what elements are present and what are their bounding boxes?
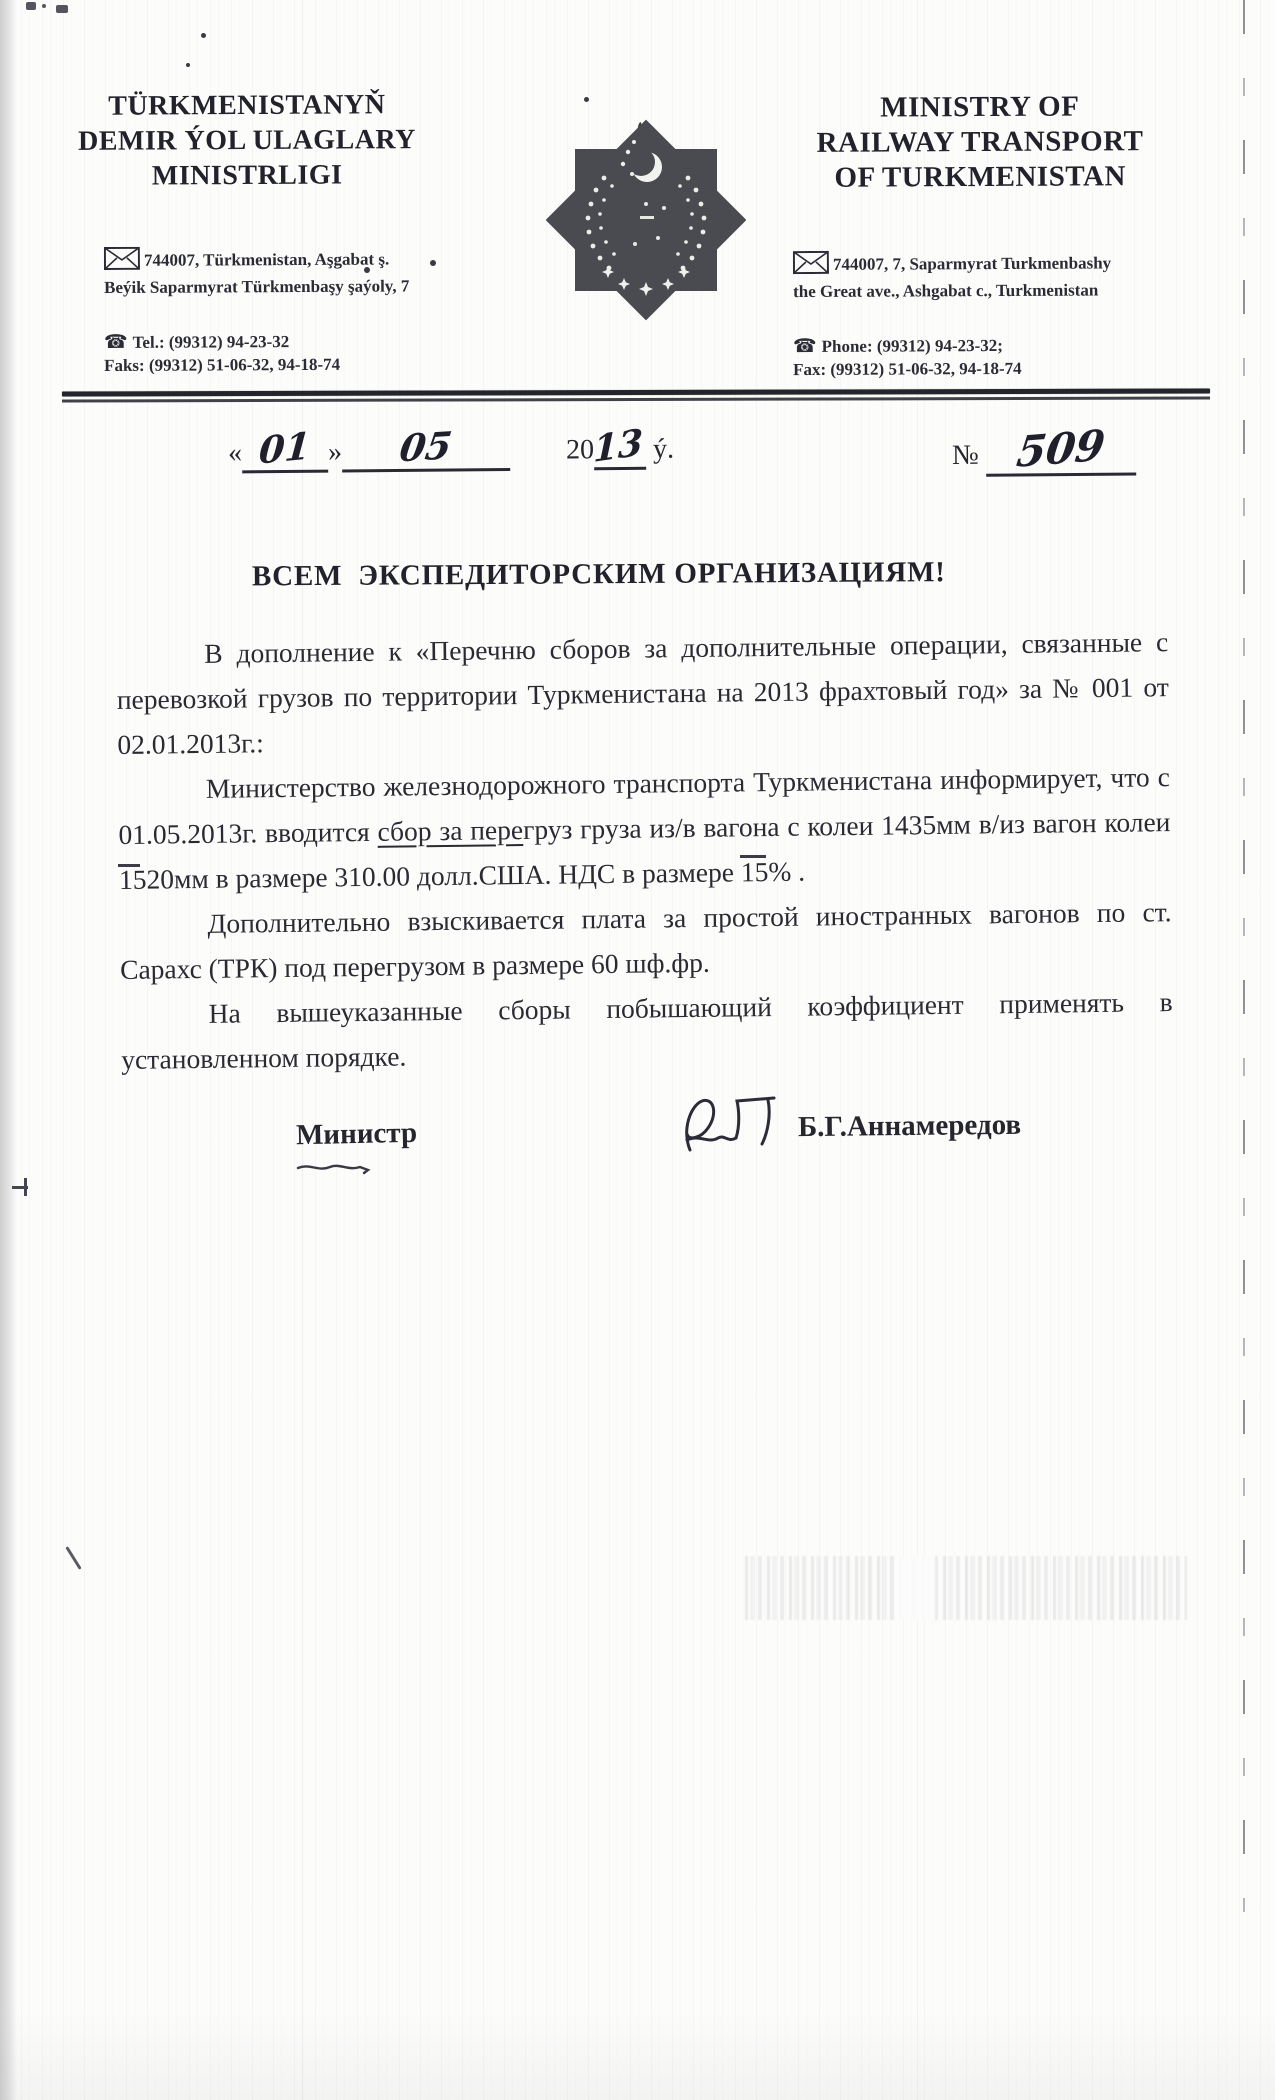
date-day-field: 01: [242, 426, 328, 474]
org-title-line: TÜRKMENISTANYŇ: [78, 87, 416, 124]
number-label: №: [952, 440, 979, 471]
phone-icon: ☎: [793, 335, 817, 357]
page-edge-line: [1243, 0, 1245, 1912]
number-line: № 509: [952, 423, 1192, 477]
tel-line: Faks: (99312) 51-06-32, 94-18-74: [104, 352, 494, 377]
stray-dash: [740, 855, 766, 858]
letter-heading: ВСЕМ ЭКСПЕДИТОРСКИМ ОРГАНИЗАЦИЯМ!: [252, 556, 1032, 594]
scan-speck: [201, 33, 206, 38]
paragraph-2: Министерство железнодорожного транспорта…: [118, 754, 1172, 902]
org-title-line: RAILWAY TRANSPORT: [768, 124, 1192, 161]
margin-tick: [24, 1178, 27, 1196]
paragraph-3: Дополнительно взыскивается плата за прос…: [119, 889, 1172, 992]
tel-line: Fax: (99312) 51-06-32, 94-18-74: [793, 356, 1203, 381]
scan-stripe-band: [745, 1556, 1187, 1620]
eight-point-star-emblem-icon: [546, 112, 746, 330]
org-title-line: DEMIR ÝOL ULAGLARY: [78, 122, 416, 159]
header-divider: [62, 388, 1210, 402]
tel-line: Phone: (99312) 94-23-32;: [822, 336, 1003, 356]
date-line: «01»052013 ý.: [228, 422, 788, 474]
year-suffix: ý.: [653, 434, 674, 465]
ministry-emblem: [546, 112, 746, 330]
envelope-icon: [793, 259, 829, 278]
scan-smudge: [26, 2, 86, 16]
signer-title: Министр: [296, 1117, 418, 1153]
tel-line: Tel.: (99312) 94-23-32: [133, 332, 290, 352]
phone-icon: ☎: [104, 331, 128, 353]
address-line: 744007, 7, Saparmyrat Turkmenbashy: [833, 253, 1111, 273]
org-title-line: MINISTRY OF: [768, 89, 1192, 126]
org-title-line: OF TURKMENISTAN: [768, 159, 1192, 196]
scanned-letter-page: TÜRKMENISTANYŇ DEMIR ÝOL ULAGLARY MINIST…: [0, 0, 1275, 2100]
letter-body: В дополнение к «Перечню сборов за дополн…: [116, 619, 1173, 1082]
tel-block-english: ☎Phone: (99312) 94-23-32; Fax: (99312) 5…: [793, 333, 1203, 381]
paragraph-4: На вышеуказанные сборы побышающий коэффи…: [120, 979, 1173, 1082]
handwritten-number: 509: [1014, 420, 1108, 477]
address-block-english: 744007, 7, Saparmyrat Turkmenbashy the G…: [793, 249, 1203, 303]
scan-speck: [186, 63, 190, 67]
close-quote: »: [328, 436, 342, 467]
org-title-english: MINISTRY OF RAILWAY TRANSPORT OF TURKMEN…: [768, 89, 1193, 196]
address-line: 744007, Türkmenistan, Aşgabat ş.: [144, 250, 389, 270]
scan-left-edge: [0, 0, 17, 2100]
number-field: 509: [985, 423, 1135, 476]
underlined-phrase: сбор за пере: [377, 814, 523, 847]
handwritten-month: 05: [397, 423, 455, 471]
envelope-icon: [104, 255, 140, 274]
open-quote: «: [228, 437, 242, 468]
date-year-field: 13: [594, 425, 646, 470]
pen-slash-mark: [65, 1546, 81, 1570]
handwritten-year: 13: [593, 421, 644, 471]
stray-dash: [118, 864, 140, 867]
year-printed: 20: [566, 434, 594, 465]
address-line: the Great ave., Ashgabat c., Turkmenista…: [793, 278, 1203, 303]
tel-block-turkmen: ☎Tel.: (99312) 94-23-32 Faks: (99312) 51…: [104, 329, 494, 377]
signature-scribble: [676, 1088, 796, 1173]
pen-squiggle: [296, 1160, 376, 1181]
date-month-field: 05: [342, 424, 510, 472]
address-line: Beýik Saparmyrat Türkmenbaşy şaýoly, 7: [104, 274, 494, 299]
paragraph-1: В дополнение к «Перечню сборов за дополн…: [116, 619, 1170, 767]
org-title-turkmen: TÜRKMENISTANYŇ DEMIR ÝOL ULAGLARY MINIST…: [78, 87, 417, 194]
handwritten-day: 01: [258, 423, 313, 472]
signer-name: Б.Г.Аннамередов: [798, 1109, 1021, 1144]
org-title-line: MINISTRLIGI: [78, 157, 416, 194]
scan-speck: [584, 97, 589, 102]
address-block-turkmen: 744007, Türkmenistan, Aşgabat ş. Beýik S…: [104, 245, 494, 299]
